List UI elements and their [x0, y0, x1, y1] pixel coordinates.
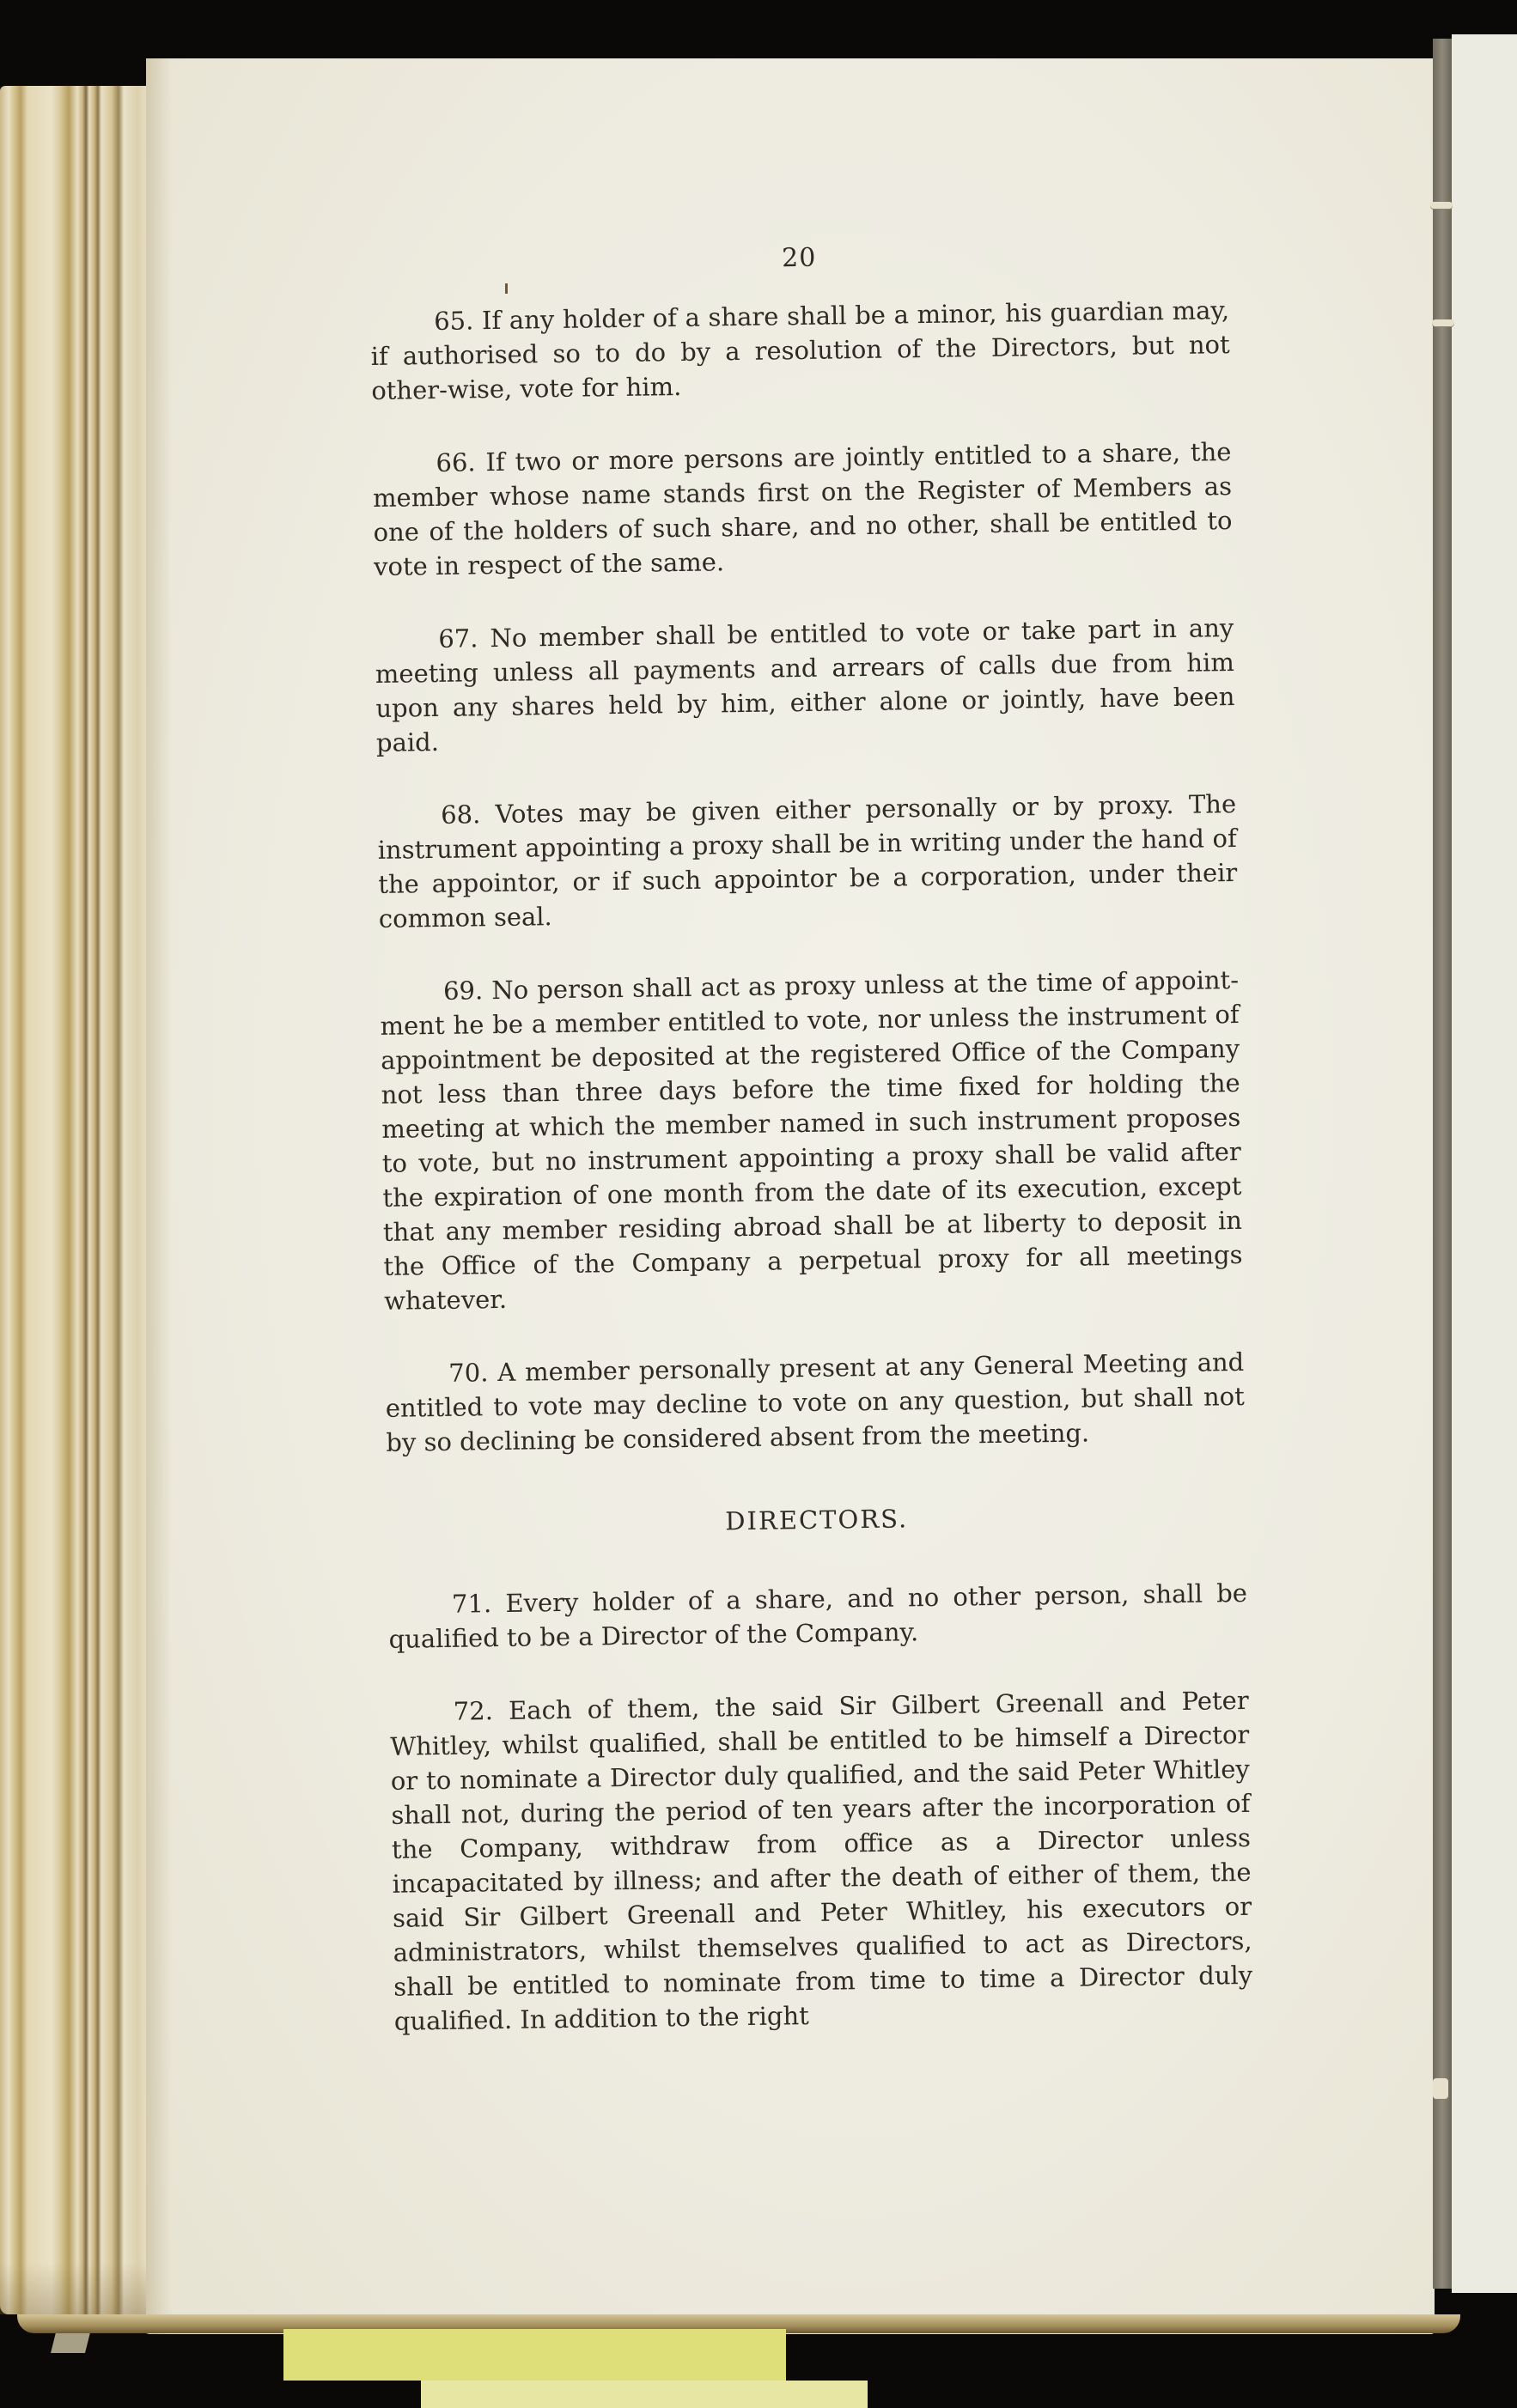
article-67: 67. No member shall be entitled to vote … [375, 611, 1235, 760]
article-69: 69. No person shall act as proxy unless … [380, 963, 1243, 1318]
article-text: If any holder of a share shall be a mino… [371, 295, 1230, 405]
article-70: 70. A member personally present at any G… [385, 1345, 1246, 1460]
article-text: Each of them, the said Sir Gilbert Green… [390, 1686, 1252, 2036]
article-number: 67. [438, 623, 478, 654]
article-number: 66. [436, 447, 476, 477]
sticky-note-slip [283, 2329, 786, 2381]
article-number: 71. [452, 1589, 492, 1619]
article-72: 72. Each of them, the said Sir Gilbert G… [390, 1683, 1253, 2039]
article-text: No member shall be entitled to vote or t… [375, 613, 1235, 757]
article-text: If two or more persons are jointly entit… [373, 437, 1233, 581]
section-heading-directors: DIRECTORS. [387, 1499, 1246, 1541]
book-page-edges [0, 86, 155, 2314]
sticky-note-slip-lower [421, 2381, 868, 2408]
article-number: 69. [443, 976, 484, 1006]
binding-stitch-icon [1432, 319, 1454, 326]
article-number: 68. [441, 800, 481, 830]
article-text: Votes may be given either personally or … [378, 789, 1238, 933]
article-65: 65. If any holder of a share shall be a … [370, 293, 1231, 408]
document-text: 20 65. If any holder of a share shall be… [369, 237, 1254, 2077]
binding-stitch-icon [1430, 202, 1453, 209]
spine-gutter [1433, 39, 1452, 2289]
article-number: 72. [454, 1696, 494, 1726]
article-number: 70. [448, 1358, 489, 1388]
article-number: 65. [434, 306, 474, 336]
article-text: A member personally present at any Gener… [386, 1347, 1245, 1457]
article-66: 66. If two or more persons are jointly e… [372, 435, 1233, 584]
article-71: 71. Every holder of a share, and no othe… [388, 1576, 1248, 1657]
binding-stitch-icon [1433, 2078, 1448, 2099]
article-text: Every holder of a share, and no other pe… [388, 1578, 1247, 1654]
facing-page-edge [1452, 34, 1517, 2293]
article-text: No person shall act as proxy unless at t… [380, 965, 1242, 1316]
article-68: 68. Votes may be given either personally… [377, 787, 1238, 936]
